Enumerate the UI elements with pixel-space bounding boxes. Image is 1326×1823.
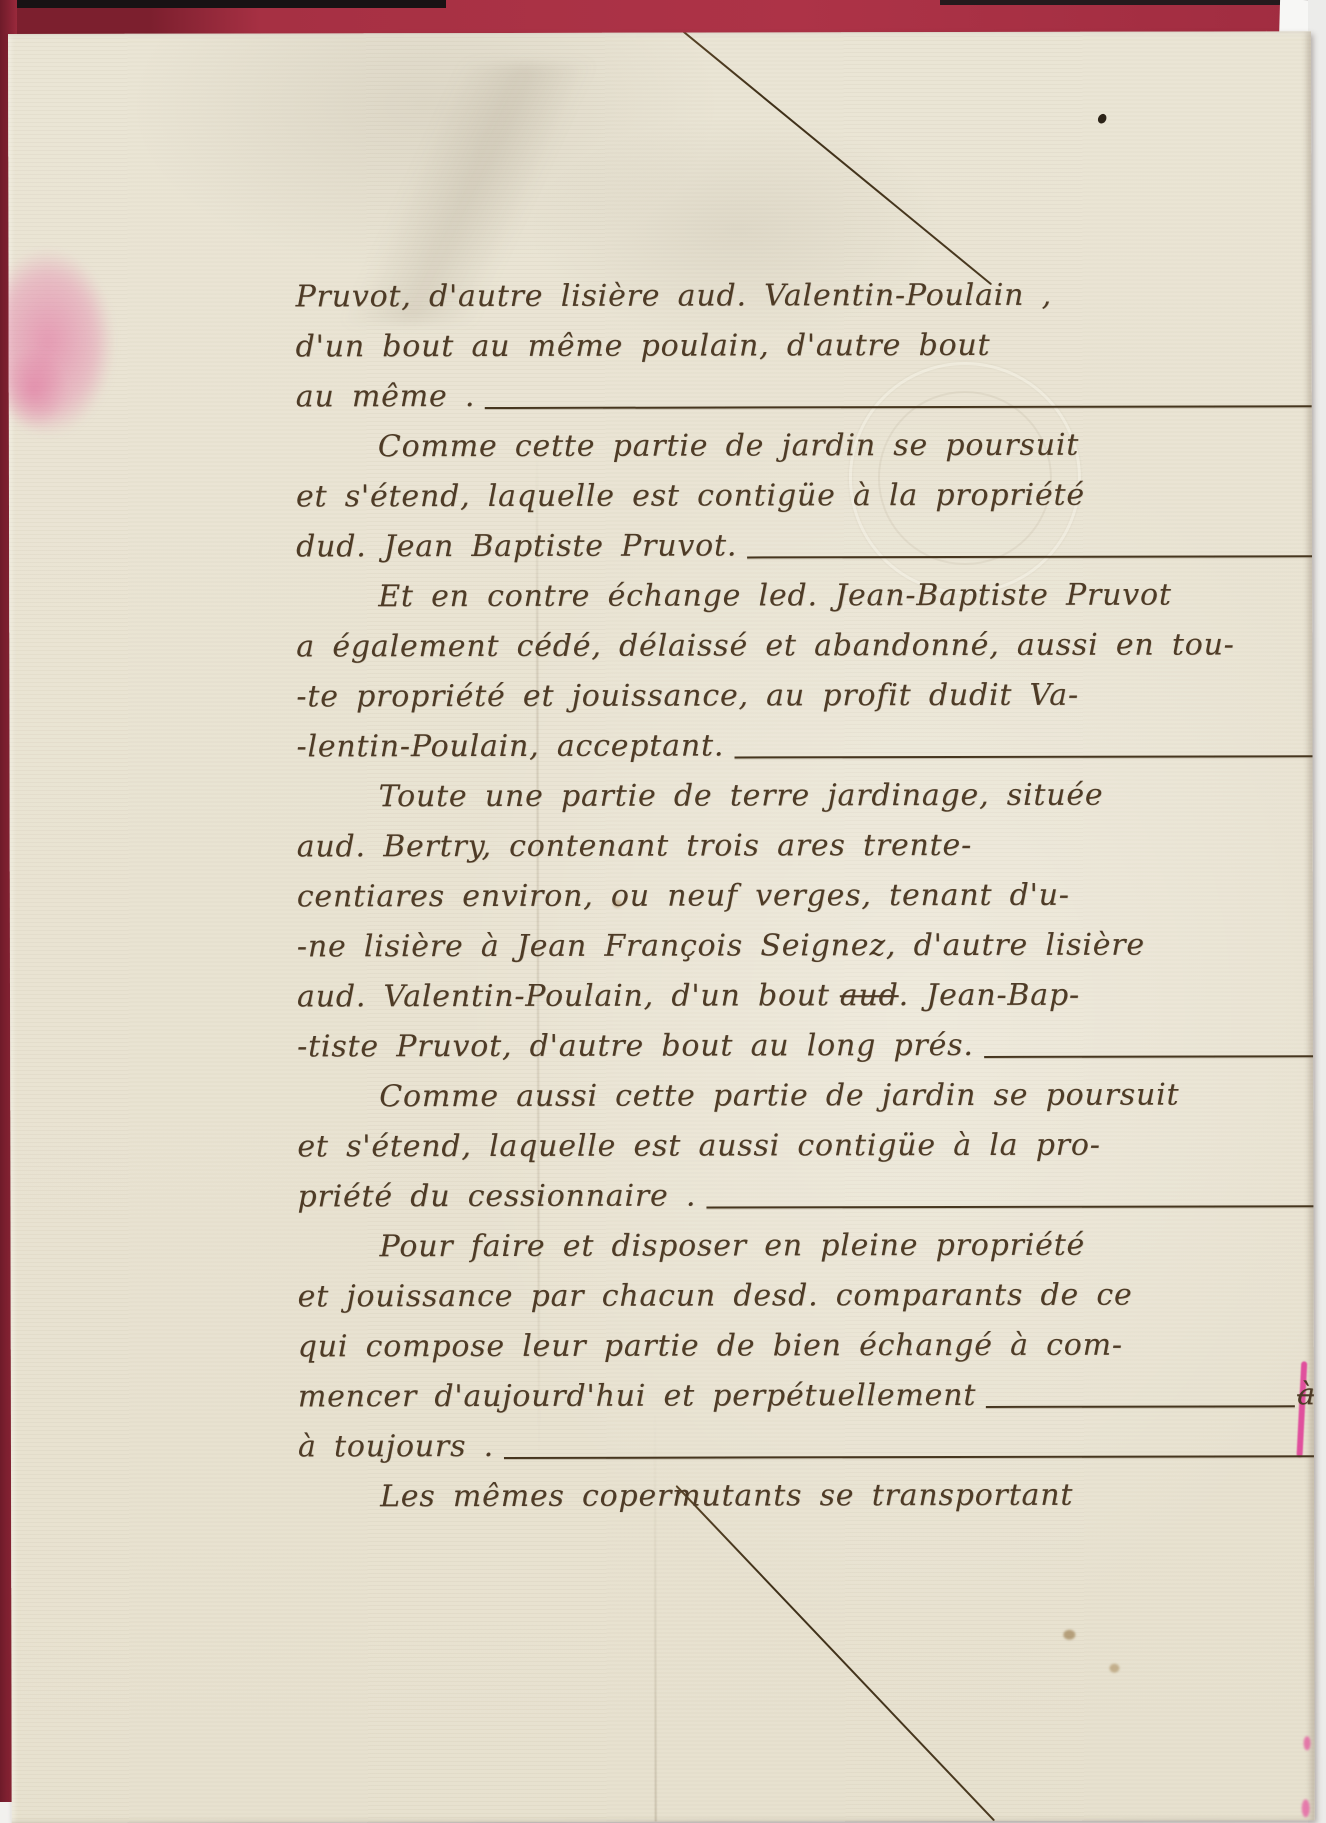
binding-thread-mark bbox=[1302, 1799, 1310, 1817]
document-page: Pruvot, d'autre lisière aud. Valentin-Po… bbox=[8, 31, 1315, 1823]
line-filler-rule bbox=[706, 1205, 1313, 1208]
manuscript-line: au même . bbox=[296, 370, 1314, 422]
manuscript-line: priété du cessionnaire . bbox=[297, 1170, 1314, 1222]
binding-thread-mark bbox=[1304, 1736, 1311, 1750]
manuscript-line: et s'étend, laquelle est aussi contigüe … bbox=[297, 1120, 1314, 1172]
manuscript-line: dud. Jean Baptiste Pruvot. bbox=[296, 520, 1314, 572]
manuscript-line: et s'étend, laquelle est contigüe à la p… bbox=[296, 470, 1314, 522]
manuscript-line: aud. Bertry, contenant trois ares trente… bbox=[297, 820, 1315, 872]
manuscript-line: -te propriété et jouissance, au profit d… bbox=[296, 670, 1314, 722]
struck-word: aud bbox=[840, 971, 899, 1021]
scanned-document: Pruvot, d'autre lisière aud. Valentin-Po… bbox=[0, 0, 1326, 1823]
foxing-spot bbox=[1109, 1664, 1119, 1673]
manuscript-line: centiares environ, ou neuf verges, tenan… bbox=[297, 870, 1315, 922]
manuscript-line: -ne lisière à Jean François Seignez, d'a… bbox=[297, 920, 1315, 972]
manuscript-line: Comme aussi cette partie de jardin se po… bbox=[297, 1070, 1315, 1122]
scanner-edge-strip bbox=[0, 0, 446, 8]
scanner-edge-strip bbox=[940, 0, 1326, 5]
manuscript-line: Les mêmes copermutants se transportant bbox=[298, 1470, 1315, 1522]
manuscript-line: Comme cette partie de jardin se poursuit bbox=[296, 420, 1314, 472]
manuscript-line: a également cédé, délaissé et abandonné,… bbox=[296, 620, 1314, 672]
manuscript-line: Pour faire et disposer en pleine proprié… bbox=[297, 1220, 1314, 1272]
line-filler-rule bbox=[984, 1055, 1313, 1058]
foxing-spot bbox=[1063, 1630, 1075, 1640]
struck-word: à bbox=[1297, 1370, 1315, 1420]
ink-speck bbox=[1096, 112, 1108, 125]
manuscript-text: Pruvot, d'autre lisière aud. Valentin-Po… bbox=[295, 270, 1314, 1522]
manuscript-line: Et en contre échange led. Jean-Baptiste … bbox=[296, 570, 1314, 622]
manuscript-line: mencer d'aujourd'hui et perpétuellementà bbox=[298, 1370, 1315, 1422]
manuscript-line: qui compose leur partie de bien échangé … bbox=[298, 1320, 1315, 1372]
manuscript-line: d'un bout au même poulain, d'autre bout bbox=[296, 320, 1314, 372]
manuscript-line: aud. Valentin-Poulain, d'un boutaud. Jea… bbox=[297, 970, 1315, 1022]
manuscript-line: Toute une partie de terre jardinage, sit… bbox=[297, 770, 1315, 822]
line-filler-rule bbox=[986, 1405, 1295, 1408]
manuscript-line: et jouissance par chacun desd. comparant… bbox=[298, 1270, 1315, 1322]
line-filler-rule bbox=[734, 755, 1312, 758]
manuscript-line: -lentin-Poulain, acceptant. bbox=[296, 720, 1314, 772]
line-filler-rule bbox=[485, 405, 1312, 409]
manuscript-line: -tiste Pruvot, d'autre bout au long prés… bbox=[297, 1020, 1315, 1072]
manuscript-line: à toujours . bbox=[298, 1420, 1315, 1472]
line-filler-rule bbox=[504, 1455, 1314, 1459]
ink-diagonal-stroke-bottom bbox=[675, 1485, 995, 1822]
manuscript-line: Pruvot, d'autre lisière aud. Valentin-Po… bbox=[295, 270, 1313, 322]
line-filler-rule bbox=[747, 555, 1312, 558]
